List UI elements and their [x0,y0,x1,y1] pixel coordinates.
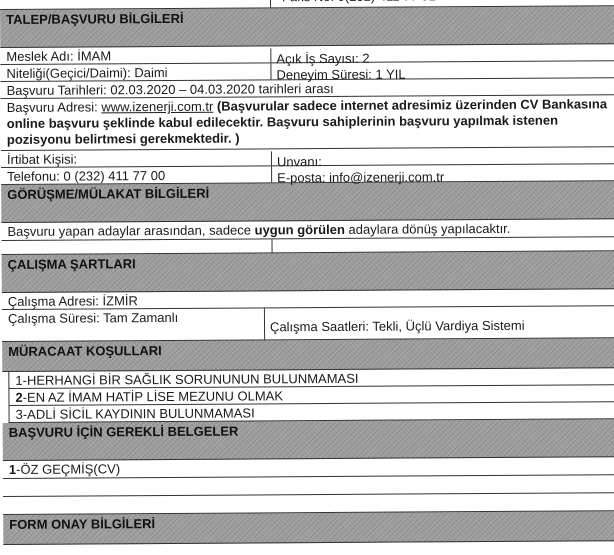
calisma-adresi: Çalışma Adresi: İZMİR [2,292,144,309]
e-posta: E-posta: info@izenerji.com.tr [271,168,450,182]
calisma-saatleri: Çalışma Saatleri: Tekli, Üçlü Vardiya Si… [264,317,531,340]
row-adres: Başvuru Adresi: www.izenerji.com.tr (Baş… [1,95,614,151]
text-bold: uygun görülen [255,222,345,238]
text-part: Başvuru yapan adaylar arasından, sadece [7,222,254,239]
niteligi: Niteliği(Geçici/Daimi): Daimi [0,64,173,81]
section-header-calisma: ÇALIŞMA ŞARTLARI [2,251,614,293]
section-header-gorusme: GÖRÜŞME/MÜLAKAT BİLGİLERİ [1,181,614,223]
acik-is-sayisi: Açık İş Sayısı: 2 [270,50,375,63]
adres-label: Başvuru Adresi: [7,99,102,115]
irtibat-kisisi: İrtibat Kişisi: [1,150,83,167]
belge-item-text: 1-ÖZ GEÇMİŞ(CV) [3,460,126,478]
unvani: Unvanı: [271,153,328,165]
text-part: adaylara dönüş yapılacaktır. [345,221,511,237]
basvuru-tarihleri: Başvuru Tarihleri: 02.03.2020 – 04.03.20… [1,80,340,98]
muracaat-list: 1-HERHANGİ BİR SAĞLIK SORUNUNUN BULUNMAM… [2,368,614,423]
section-header-talep: TALEP/BAŞVURU BİLGİLERİ [0,6,614,48]
section-header-muracaat: MÜRACAAT KOŞULLARI [2,338,614,372]
muracaat-item-text: 3-ADLİ SİCİL KAYDININ BULUNMAMASI [10,404,261,422]
row-calisma-sure: Çalışma Süresi: Tam Zamanlı Çalışma Saat… [2,306,614,342]
divider [271,239,272,252]
section-header-belgeler: BAŞVURU İÇİN GEREKLİ BELGELER [3,419,614,461]
deneyim-suresi: Deneyim Süresi: 1 YIL [270,65,411,79]
website-link[interactable]: www.izenerji.com.tr [101,99,213,115]
gorusme-text: Başvuru yapan adaylar arasından, sadece … [1,220,516,240]
meslek-adi: Meslek Adı: İMAM [0,47,117,64]
fax-number: Faks No: 0(232) 411 77 01 [276,0,442,7]
muracaat-item-text: 2-EN AZ İMAM HATİP LİSE MEZUNU OLMAK [9,387,289,405]
job-posting-form: Faks No: 0(232) 411 77 01 TALEP/BAŞVURU … [0,0,614,545]
calisma-suresi: Çalışma Süresi: Tam Zamanlı [2,309,184,341]
basvuru-adresi: Başvuru Adresi: www.izenerji.com.tr (Baş… [1,95,614,150]
divider [270,0,271,7]
row-blank [3,493,614,515]
section-header-form-onay: FORM ONAY BİLGİLERİ [3,511,614,545]
telefonu: Telefonu: 0 (232) 411 77 00 [1,167,171,184]
muracaat-item-text: 1-HERHANGİ BİR SAĞLIK SORUNUNUN BULUNMAM… [9,370,364,388]
